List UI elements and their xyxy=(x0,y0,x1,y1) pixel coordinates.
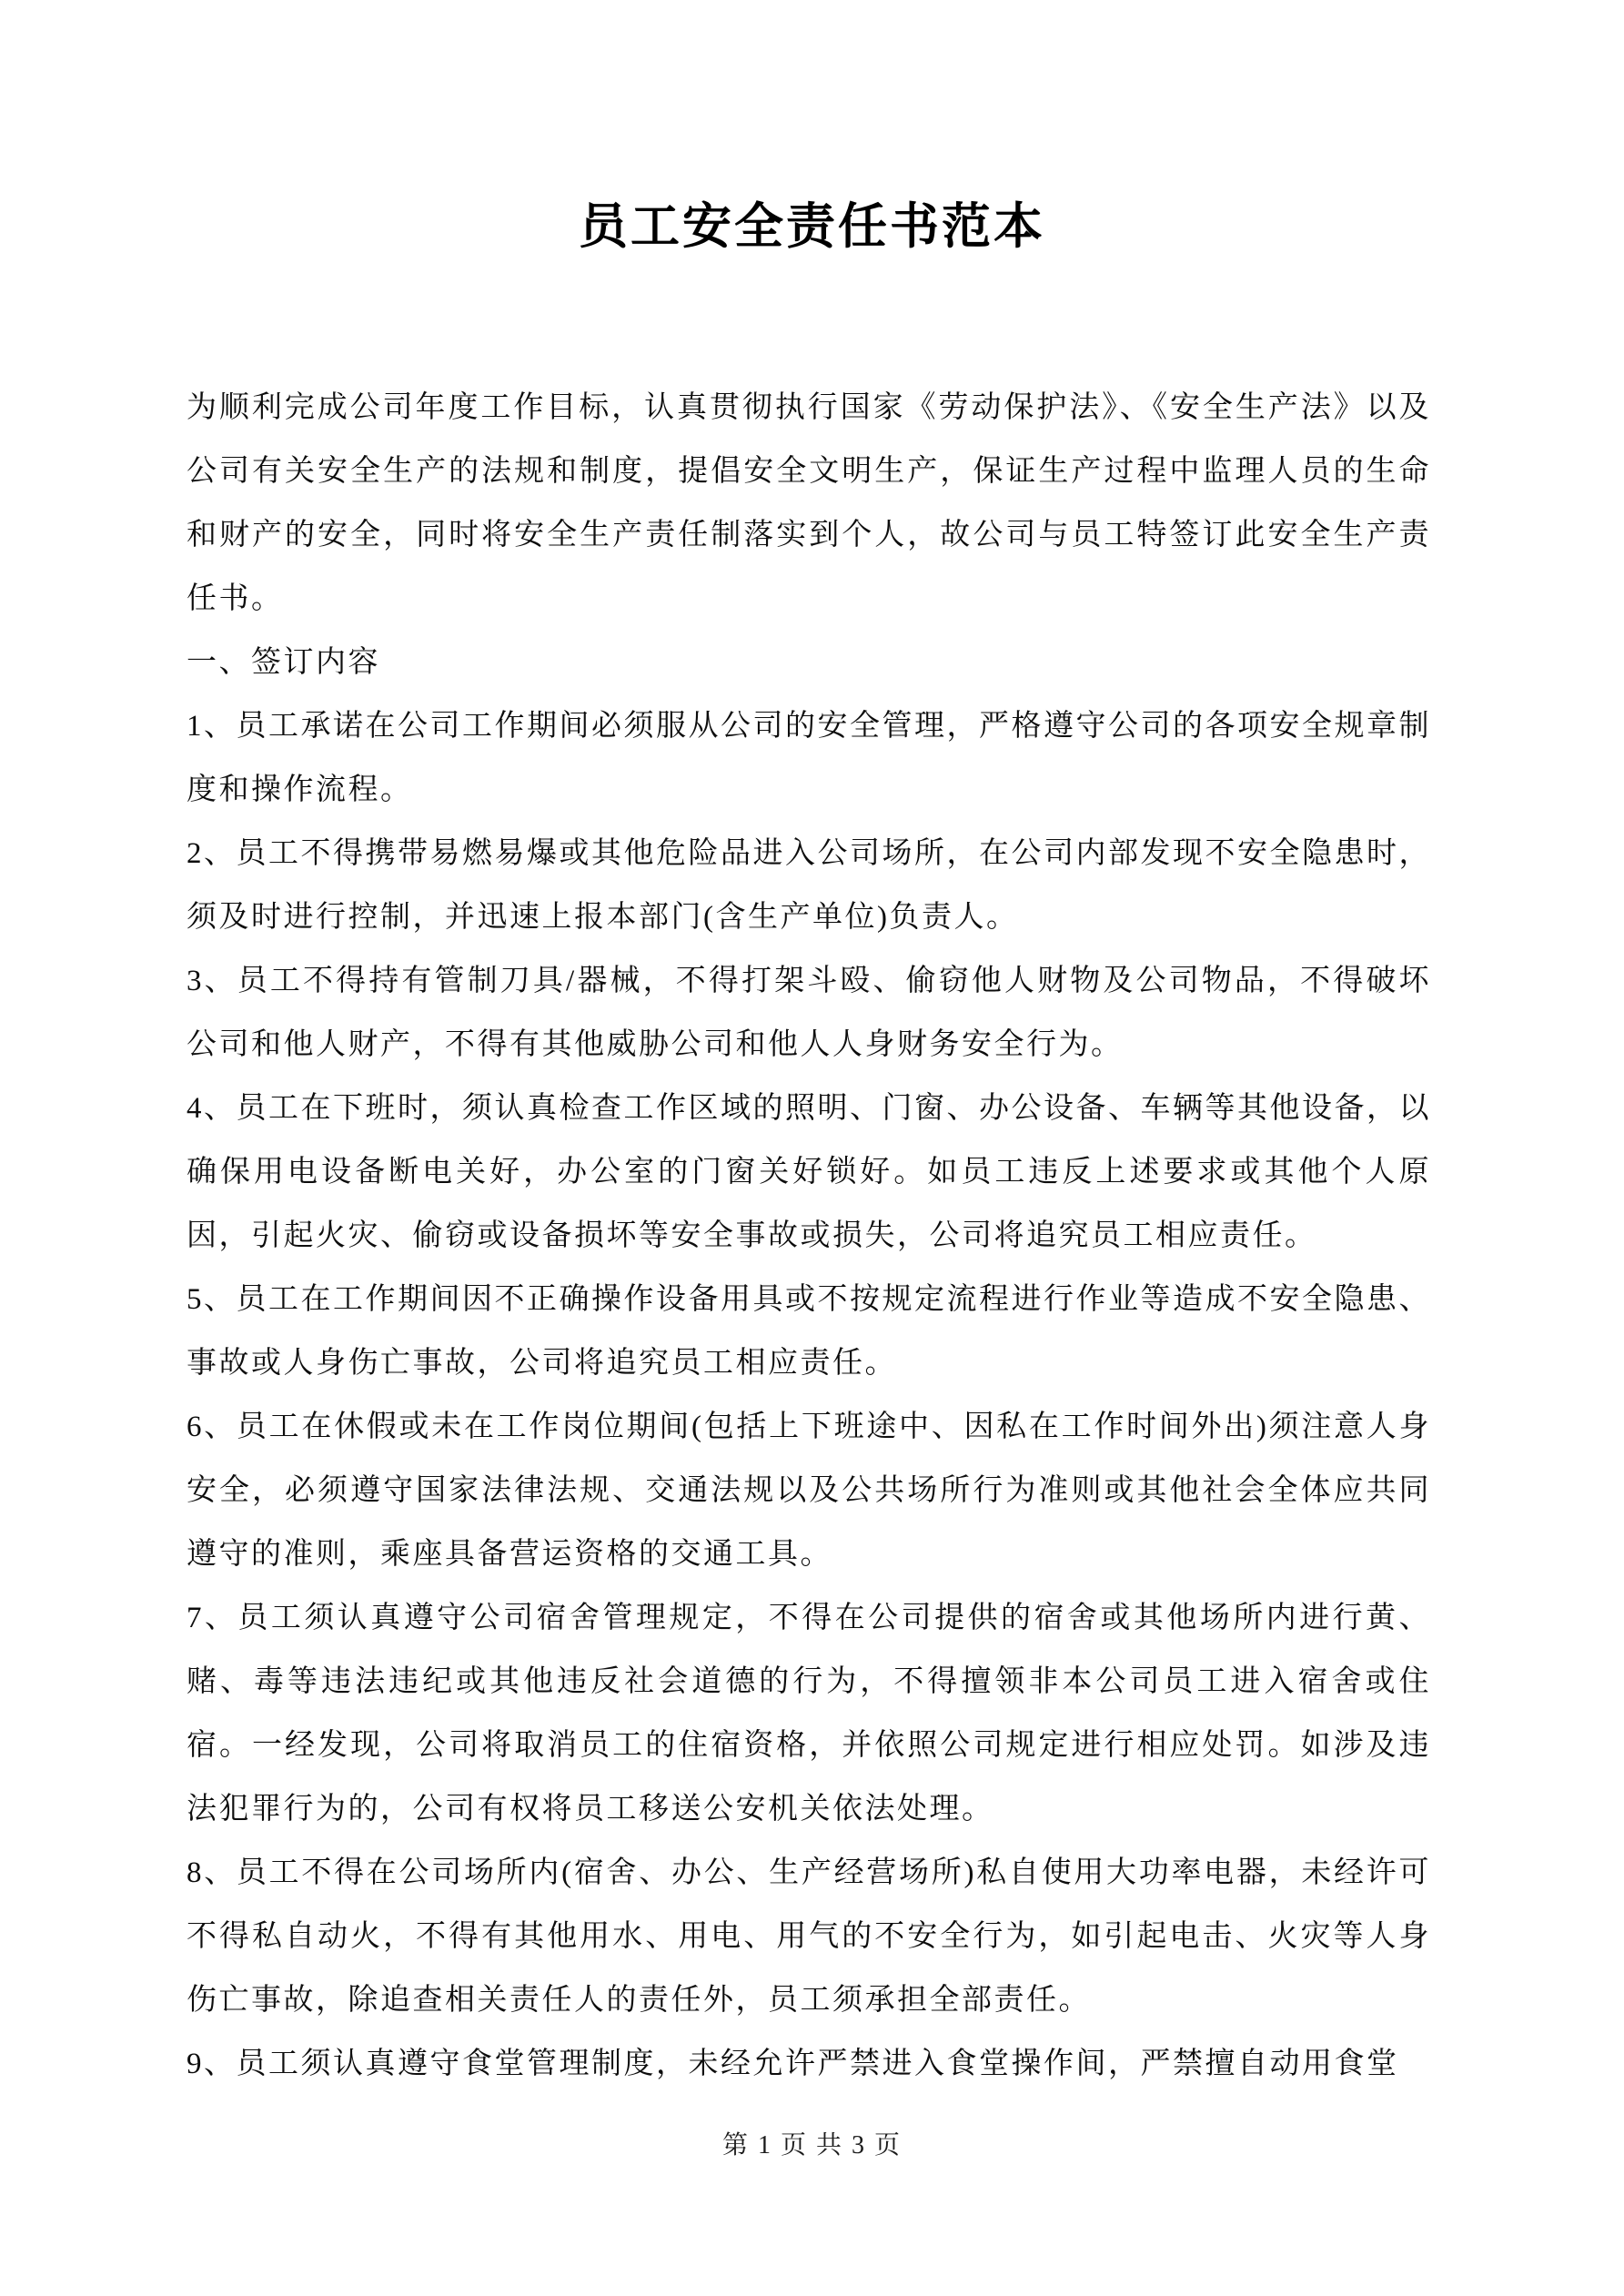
clause-4: 4、员工在下班时，须认真检查工作区域的照明、门窗、办公设备、车辆等其他设备，以确… xyxy=(187,1077,1431,1268)
document-title: 员工安全责任书范本 xyxy=(0,197,1624,258)
clause-6: 6、员工在休假或未在工作岗位期间(包括上下班途中、因私在工作时间外出)须注意人身… xyxy=(187,1395,1431,1586)
clause-3: 3、员工不得持有管制刀具/器械，不得打架斗殴、偷窃他人财物及公司物品，不得破坏公… xyxy=(187,949,1431,1077)
clause-2: 2、员工不得携带易燃易爆或其他危险品进入公司场所，在公司内部发现不安全隐患时，须… xyxy=(187,822,1431,949)
clause-5: 5、员工在工作期间因不正确操作设备用具或不按规定流程进行作业等造成不安全隐患、事… xyxy=(187,1268,1431,1395)
section-heading: 一、签订内容 xyxy=(187,631,1431,694)
clause-9-truncated: 9、员工须认真遵守食堂管理制度，未经允许严禁进入食堂操作间，严禁擅自动用食堂 xyxy=(187,2032,1431,2096)
document-body: 为顺利完成公司年度工作目标，认真贯彻执行国家《劳动保护法》、《安全生产法》以及公… xyxy=(187,376,1431,2096)
clause-1: 1、员工承诺在公司工作期间必须服从公司的安全管理，严格遵守公司的各项安全规章制度… xyxy=(187,694,1431,822)
document-page: 员工安全责任书范本 为顺利完成公司年度工作目标，认真贯彻执行国家《劳动保护法》、… xyxy=(0,0,1624,2296)
clause-8: 8、员工不得在公司场所内(宿舍、办公、生产经营场所)私自使用大功率电器，未经许可… xyxy=(187,1841,1431,2032)
page-number-footer: 第 1 页 共 3 页 xyxy=(0,2128,1624,2164)
clause-7: 7、员工须认真遵守公司宿舍管理规定，不得在公司提供的宿舍或其他场所内进行黄、赌、… xyxy=(187,1586,1431,1841)
intro-paragraph: 为顺利完成公司年度工作目标，认真贯彻执行国家《劳动保护法》、《安全生产法》以及公… xyxy=(187,376,1431,631)
